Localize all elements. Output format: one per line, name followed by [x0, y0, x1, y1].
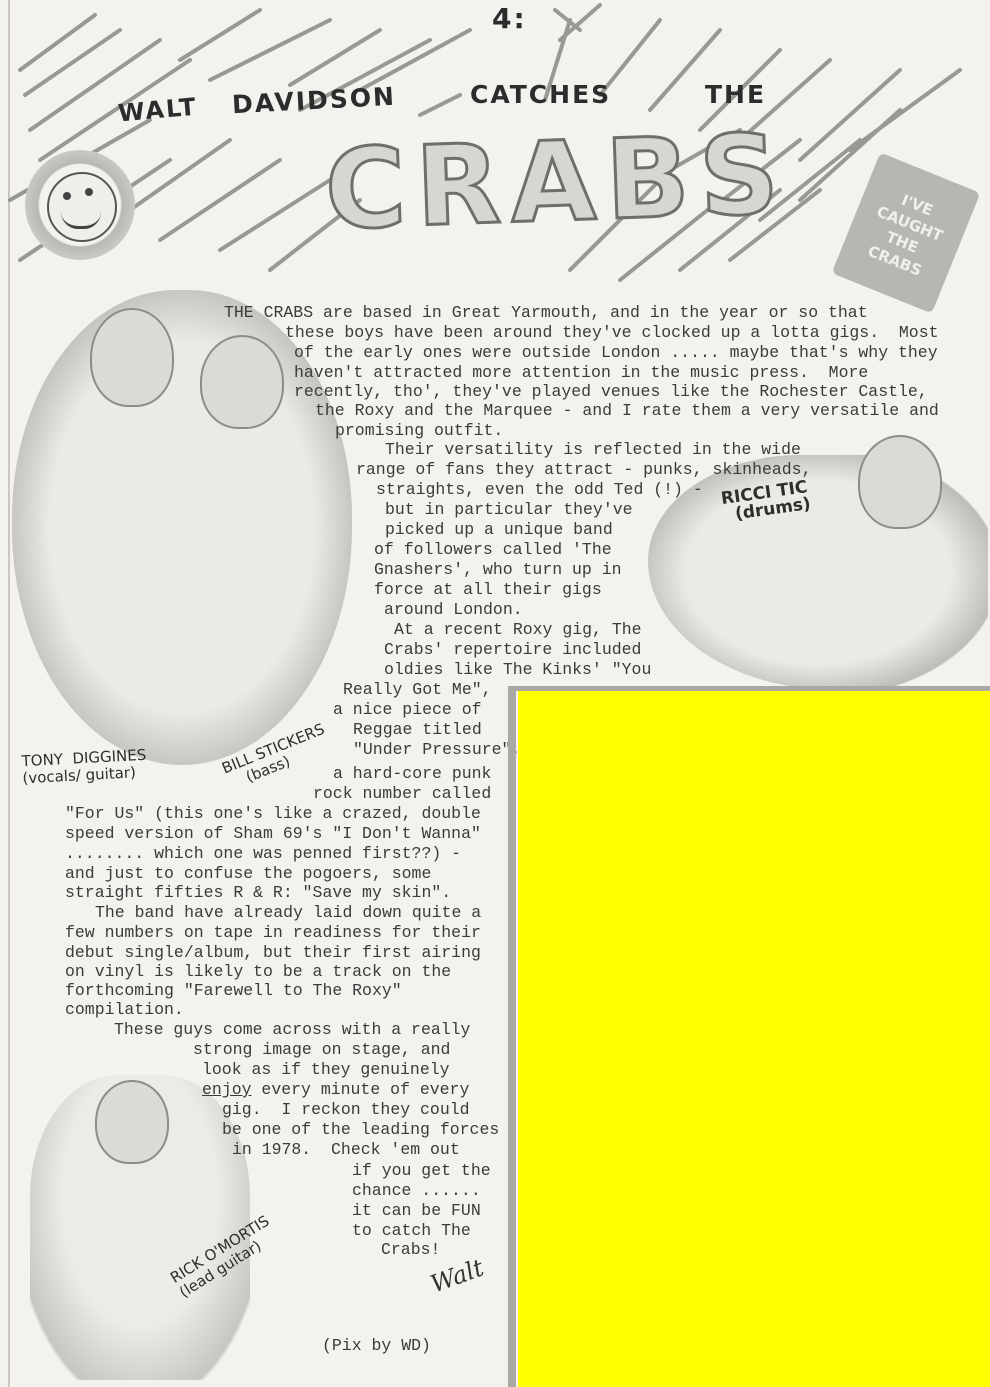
article-line: compilation.: [65, 1000, 184, 1020]
article-line-rest: every minute of every: [252, 1080, 470, 1099]
article-line: strong image on stage, and: [193, 1040, 450, 1060]
article-line: range of fans they attract - punks, skin…: [356, 460, 811, 480]
article-line: At a recent Roxy gig, The: [394, 620, 642, 640]
article-line: the Roxy and the Marquee - and I rate th…: [315, 401, 939, 421]
article-line: forthcoming "Farewell to The Roxy": [65, 981, 402, 1001]
lion-face-icon: [47, 172, 117, 242]
article-line: a nice piece of: [333, 700, 482, 720]
article-line: promising outfit.: [335, 421, 503, 441]
photo-rick-guitar: [30, 1075, 250, 1380]
article-line: Crabs!: [381, 1240, 440, 1260]
person-head: [200, 335, 284, 429]
article-line: in 1978. Check 'em out: [232, 1140, 460, 1160]
article-line: Really Got Me",: [343, 680, 492, 700]
article-line: to catch The: [352, 1221, 471, 1241]
article-line: on vinyl is likely to be a track on the: [65, 962, 451, 982]
article-line: "Under Pressure",: [353, 740, 521, 760]
article-line: gig. I reckon they could: [222, 1100, 470, 1120]
article-line: rock number called: [313, 784, 491, 804]
article-line: The band have already laid down quite a: [95, 903, 481, 923]
article-line: oldies like The Kinks' "You: [384, 660, 651, 680]
article-line: picked up a unique band: [385, 520, 613, 540]
lion-cartoon-icon: [25, 150, 135, 260]
article-line: Reggae titled: [353, 720, 482, 740]
article-line: around London.: [384, 600, 523, 620]
photo-credit: (Pix by WD): [322, 1336, 431, 1356]
person-head: [858, 435, 942, 529]
clipping-edge-left: [508, 689, 516, 1387]
article-line: force at all their gigs: [374, 580, 602, 600]
page-number: 4:: [492, 2, 527, 35]
emphasis-enjoy: enjoy: [202, 1080, 252, 1099]
yellow-redaction-block: [518, 691, 990, 1387]
article-line: these boys have been around they've cloc…: [285, 323, 939, 343]
headline-word-catches: CATCHES: [470, 80, 611, 109]
article-line: and just to confuse the pogoers, some: [65, 864, 431, 884]
person-head: [90, 308, 174, 407]
article-line: straight fifties R & R: "Save my skin".: [65, 883, 451, 903]
headline-title-crabs: CRABS: [323, 110, 791, 254]
article-line: look as if they genuinely: [202, 1060, 450, 1080]
article-line: debut single/album, but their first airi…: [65, 943, 481, 963]
caption-tony-diggines: TONY DIGGINES (vocals/ guitar): [21, 747, 147, 787]
article-line: straights, even the odd Ted (!) -: [376, 480, 703, 500]
article-line: chance ......: [352, 1181, 481, 1201]
article-line: haven't attracted more attention in the …: [294, 363, 868, 383]
author-signature: Walt: [427, 1254, 488, 1299]
article-line: ........ which one was penned first??) -: [65, 844, 461, 864]
article-line: a hard-core punk: [333, 764, 491, 784]
article-line: of followers called 'The: [374, 540, 612, 560]
article-line: Their versatility is reflected in the wi…: [385, 440, 801, 460]
article-line: enjoy every minute of every: [202, 1080, 469, 1100]
article-line: of the early ones were outside London ..…: [294, 343, 938, 363]
article-line: speed version of Sham 69's "I Don't Wann…: [65, 824, 481, 844]
person-head: [95, 1080, 169, 1164]
headline-word-the: THE: [705, 80, 766, 109]
article-line: Crabs' repertoire included: [384, 640, 641, 660]
article-line: THE CRABS are based in Great Yarmouth, a…: [224, 303, 868, 323]
article-line: but in particular they've: [385, 500, 633, 520]
article-line: recently, tho', they've played venues li…: [294, 382, 928, 402]
article-line: it can be FUN: [352, 1201, 481, 1221]
article-line: These guys come across with a really: [114, 1020, 470, 1040]
article-line: Gnashers', who turn up in: [374, 560, 622, 580]
article-line: few numbers on tape in readiness for the…: [65, 923, 481, 943]
article-line: "For Us" (this one's like a crazed, doub…: [65, 804, 481, 824]
article-line: if you get the: [352, 1161, 491, 1181]
article-line: be one of the leading forces: [222, 1120, 499, 1140]
